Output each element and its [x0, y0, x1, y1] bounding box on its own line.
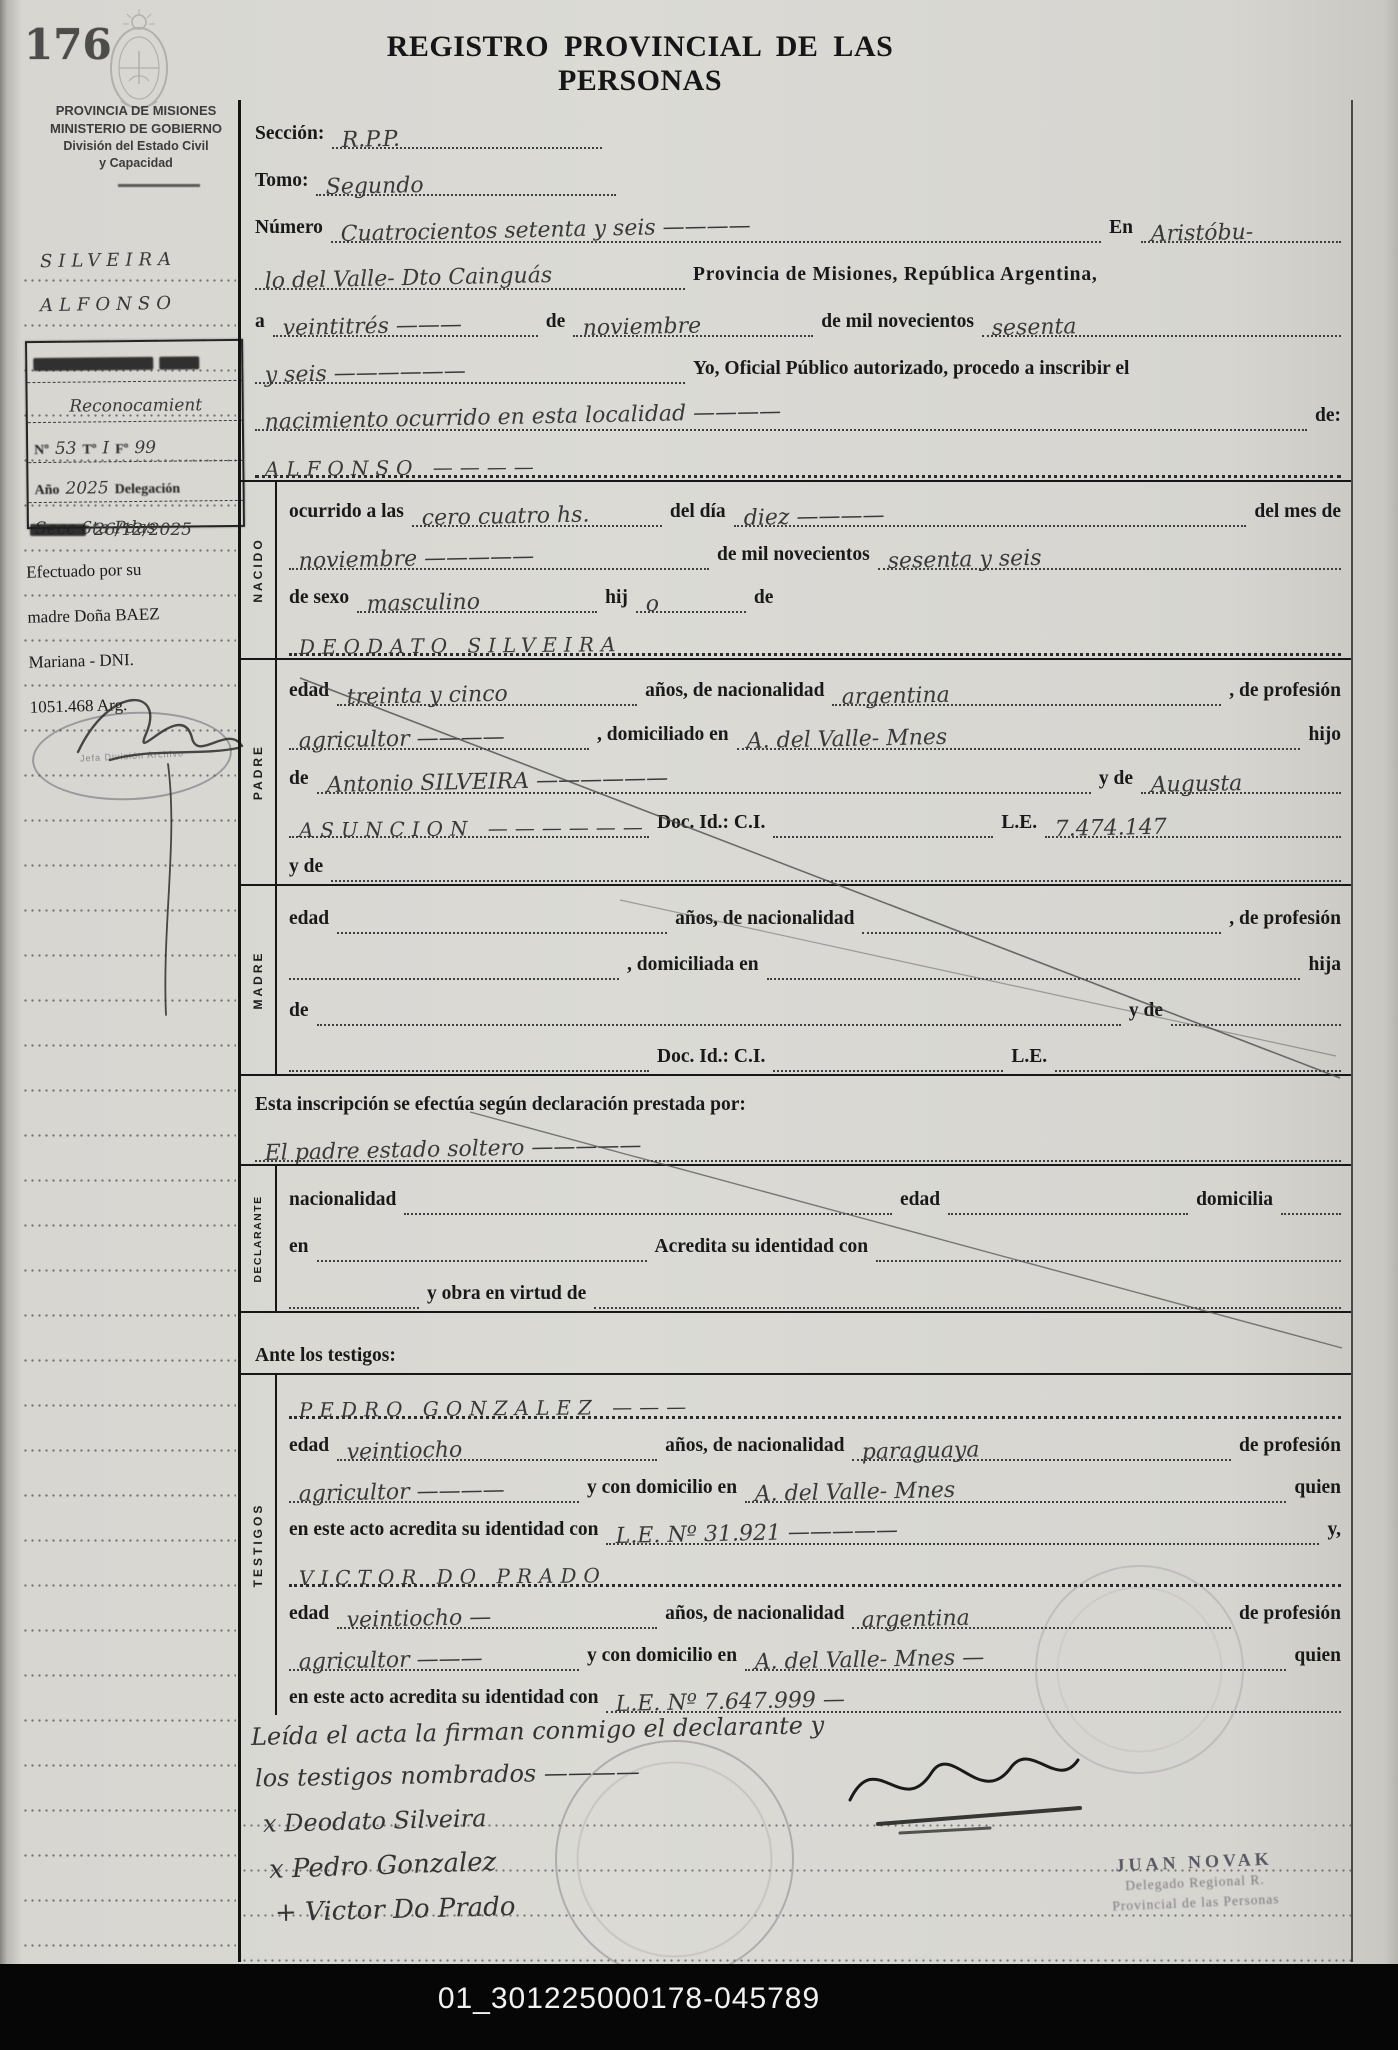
y-de-label: y de: [289, 857, 323, 883]
row-declarante-3: y obra en virtud de: [289, 1262, 1341, 1309]
madre-vertical-label: MADRE: [241, 886, 277, 1074]
firma-victor: + Victor Do Prado: [275, 1892, 516, 1928]
acredita-label: en este acto acredita su identidad con: [289, 1520, 598, 1546]
margin-givenname: ALFONSO: [40, 293, 177, 316]
stamp-row-smudged: [27, 341, 241, 383]
row-mes-anio: noviembre ————— de mil novecientos sesen…: [289, 527, 1341, 570]
le-label: L.E.: [1001, 813, 1037, 839]
row-declarante-1: nacionalidad edad domicilia: [289, 1168, 1341, 1215]
domiciliada-label: , domiciliada en: [627, 955, 759, 981]
de-label: de: [546, 312, 566, 338]
nacionalidad-label: años, de nacionalidad: [665, 1604, 844, 1630]
profesion-label: , de profesión: [1229, 681, 1341, 707]
edad-label: edad: [289, 1436, 329, 1462]
testigo1-dom-value: A. del Valle- Mnes: [755, 1478, 956, 1507]
dia-field: veintitrés ———: [273, 301, 538, 337]
anio-cont-field: y seis ——————: [255, 348, 685, 384]
stamp-date-row: 26/12/2025: [30, 520, 192, 540]
declarante-nac-field: [404, 1179, 892, 1215]
acredita-label: Acredita su identidad con: [655, 1237, 869, 1263]
section-testigos-intro: Ante los testigos:: [241, 1311, 1351, 1373]
nacionalidad-label: años, de nacionalidad: [665, 1436, 844, 1462]
madre-abuelo-field: [317, 990, 1121, 1026]
tomo-value: Segundo: [326, 173, 424, 200]
numero-field: Cuatrocientos setenta y seis ————: [331, 207, 1101, 243]
hecho-field: nacimiento ocurrido en esta localidad ——…: [255, 395, 1307, 431]
testigo2-prof-value: agricultor ———: [298, 1646, 482, 1675]
document-title: REGISTRO PROVINCIAL DE LAS PERSONAS: [300, 30, 980, 98]
seccion-field: R.P.P.: [332, 113, 602, 149]
ante-testigos-text: Ante los testigos:: [255, 1346, 396, 1372]
hora-value: cero cuatro hs.: [421, 502, 589, 531]
row-declarante-2: en Acredita su identidad con: [289, 1215, 1341, 1262]
abuela-value: Augusta: [1150, 771, 1242, 798]
tomo-label: Tº: [82, 442, 96, 458]
inscripto-nombre: ALFONSO ————: [265, 455, 541, 481]
madre-blank-field: [289, 1036, 649, 1072]
de2-label: de:: [1315, 406, 1341, 432]
mes-value: noviembre: [583, 314, 702, 341]
testigo2-nombre-value: VICTOR DO PRADO: [299, 1563, 607, 1590]
anio-cont-value: y seis ——————: [264, 359, 466, 388]
illegible-smudge: [30, 524, 86, 536]
nacionalidad-label: años, de nacionalidad: [645, 681, 824, 707]
anio-value: sesenta: [991, 314, 1076, 341]
row-padre-edad: edad treinta y cinco años, de nacionalid…: [289, 662, 1341, 706]
testigos-vertical-label: TESTIGOS: [241, 1375, 277, 1715]
y-de-label: y de: [1129, 1001, 1163, 1027]
madre-nac-field: [862, 898, 1221, 934]
padre-nac-value: argentina: [842, 683, 951, 710]
testigo1-edad-field: veintiocho: [337, 1425, 657, 1461]
margin-note-line: Mariana - DNI.: [28, 636, 161, 684]
stamp-date-value: 26/12/2025: [94, 520, 192, 540]
row-fecha: a veintitrés ——— de noviembre de mil nov…: [255, 290, 1341, 337]
row-anio-cont: y seis —————— Yo, Oficial Público autori…: [255, 337, 1341, 384]
tomo-label: Tomo:: [255, 171, 308, 197]
sexo-label: de sexo: [289, 588, 349, 614]
office-line: MINISTERIO DE GOBIERNO: [50, 120, 222, 138]
acredita-label: en este acto acredita su identidad con: [289, 1688, 598, 1714]
domiciliado-label: , domiciliado en: [597, 725, 729, 751]
anio-value: 2025: [65, 478, 108, 498]
row-madre-edad: edad años, de nacionalidad , de profesió…: [289, 888, 1341, 934]
row-padre-doc: ASUNCION —————— Doc. Id.: C.I. L.E. 7.47…: [289, 794, 1341, 838]
padre-prof-value: agricultor ————: [298, 725, 504, 754]
folio-label: Fº: [115, 442, 128, 458]
ocurrido-label: ocurrido a las: [289, 502, 404, 528]
registry-round-stamp: [555, 1740, 794, 1979]
madre-edad-field: [337, 898, 667, 934]
office-line: y Capacidad: [50, 155, 222, 172]
edad-label: edad: [289, 681, 329, 707]
declarante-virtud-field: [594, 1273, 1341, 1309]
testigo1-nombre-value: PEDRO GONZALEZ ———: [299, 1395, 693, 1422]
declarante-id-field: [876, 1226, 1341, 1262]
row-abuelos: de Antonio SILVEIRA —————— y de Augusta: [289, 750, 1341, 794]
tomo-field: Segundo: [316, 160, 616, 196]
quien-label: quien: [1294, 1478, 1341, 1504]
row-hecho: nacimiento ocurrido en esta localidad ——…: [255, 384, 1341, 431]
profesion-label: , de profesión: [1229, 909, 1341, 935]
row-madre-abuelos: de y de: [289, 980, 1341, 1026]
testigo1-dom-field: A. del Valle- Mnes: [745, 1467, 1286, 1503]
en-label: en: [289, 1237, 309, 1263]
padre-vertical-label: PADRE: [241, 660, 277, 884]
margin-surname: SILVEIRA: [40, 249, 177, 272]
section-declaracion: Esta inscripción se efectúa según declar…: [241, 1074, 1351, 1164]
hijo-label: hijo: [1308, 725, 1341, 751]
sexo-value: masculino: [367, 590, 481, 617]
de-label: de: [289, 769, 309, 795]
abuela2-value: ASUNCION ——————: [299, 815, 650, 842]
testigo2-edad-value: veintiocho —: [347, 1605, 492, 1633]
mil-novecientos-label: de mil novecientos: [821, 312, 974, 338]
lugar-field: Aristóbu-: [1141, 207, 1341, 243]
padre-edad-field: treinta y cinco: [337, 670, 637, 706]
row-testigo1-edad: edad veintiocho años, de nacionalidad pa…: [289, 1419, 1341, 1461]
no-label: Nº: [34, 443, 49, 459]
obra-label: y obra en virtud de: [427, 1284, 586, 1310]
scanned-birth-certificate: 176 REGISTRO PROVINCIAL DE LAS PERSONAS …: [0, 0, 1398, 2050]
provincia-text: Provincia de Misiones, República Argenti…: [693, 265, 1098, 291]
hora-field: cero cuatro hs.: [412, 491, 662, 527]
padre-prof-field: agricultor ————: [289, 714, 589, 750]
row-testigo1-dom: agricultor ———— y con domicilio en A. de…: [289, 1461, 1341, 1503]
row-numero: Número Cuatrocientos setenta y seis ————…: [255, 196, 1341, 243]
de-label: de: [289, 1001, 309, 1027]
dia-nac-field: diez ————: [734, 491, 1247, 527]
testigo1-nac-field: paraguaya: [852, 1425, 1231, 1461]
hija-label: hija: [1308, 955, 1341, 981]
domicilia-label: domicilia: [1196, 1190, 1273, 1216]
row-y-de: y de: [289, 838, 1341, 882]
section-encabezado: Sección: R.P.P. Tomo: Segundo Número: [241, 100, 1351, 480]
row-tomo: Tomo: Segundo: [255, 149, 1341, 196]
docid-label: Doc. Id.: C.I.: [657, 1047, 765, 1073]
stamp-row-reconocimiento: Reconocamient: [27, 381, 241, 423]
illegible-smudge: [33, 357, 153, 371]
folio-value: 99: [134, 438, 156, 458]
scan-code: 01_301225000178-045789: [0, 1982, 1398, 2016]
abuela-field: Augusta: [1141, 758, 1341, 794]
a-label: a: [255, 312, 265, 338]
nacionalidad-label: nacionalidad: [289, 1190, 396, 1216]
abuela2-field: ASUNCION ——————: [289, 802, 649, 838]
testigo2-prof-field: agricultor ———: [289, 1635, 579, 1671]
inscripto-field: ALFONSO ————: [255, 441, 1341, 478]
cierre-linea1: Leída el acta la firman conmigo el decla…: [251, 1711, 825, 1751]
profesion-label: de profesión: [1239, 1436, 1341, 1462]
declarante-edad-field: [948, 1179, 1188, 1215]
docid-label: Doc. Id.: C.I.: [657, 813, 765, 839]
edad-label: edad: [900, 1190, 940, 1216]
reconocimiento-handwritten: Reconocamient: [69, 395, 202, 416]
row-declaracion-titulo: Esta inscripción se efectúa según declar…: [255, 1078, 1341, 1120]
seccion-value: R.P.P.: [342, 127, 401, 153]
section-nacido: NACIDO ocurrido a las cero cuatro hs. de…: [241, 480, 1351, 658]
anio-nac-value: sesenta y seis: [887, 546, 1041, 574]
hij-label: hij: [605, 588, 628, 614]
office-line: PROVINCIA DE MISIONES: [50, 102, 222, 120]
numero-value: Cuatrocientos setenta y seis ————: [340, 213, 750, 247]
mes-field: noviembre: [573, 301, 813, 337]
row-seccion: Sección: R.P.P.: [255, 102, 1341, 149]
declarante-quien-value: El padre estado soltero —————: [264, 1133, 641, 1166]
dia-value: veintitrés ———: [282, 312, 462, 341]
lugar-value: Aristóbu-: [1150, 220, 1253, 247]
lugar-cont-field: lo del Valle- Dto Cainguás: [255, 254, 685, 290]
lugar-cont-value: lo del Valle- Dto Cainguás: [264, 263, 552, 294]
no-value: 53: [55, 439, 77, 459]
seccion-label: Sección:: [255, 124, 324, 150]
delegacion-label: Delegación: [115, 482, 180, 499]
row-lugar-cont: lo del Valle- Dto Cainguás Provincia de …: [255, 243, 1341, 290]
sexo-field: masculino: [357, 577, 597, 613]
row-testigos-intro: Ante los testigos:: [255, 1315, 1341, 1371]
scan-code-bar: 01_301225000178-045789: [0, 1964, 1398, 2050]
padre-nac-field: argentina: [832, 670, 1221, 706]
numero-label: Número: [255, 218, 323, 244]
testigo2-nac-value: argentina: [862, 1606, 971, 1633]
padre-dom-value: A. del Valle- Mnes: [746, 725, 947, 754]
official-signature: [840, 1738, 1090, 1848]
le-label: L.E.: [1011, 1047, 1047, 1073]
row-declaracion-hw: El padre estado soltero —————: [255, 1120, 1341, 1162]
section-declarante: DECLARANTE nacionalidad edad domicilia e…: [241, 1164, 1351, 1311]
office-line: División del Estado Civil: [50, 138, 222, 155]
del-dia-label: del día: [670, 502, 726, 528]
oficial-publico-text: Yo, Oficial Público autorizado, procedo …: [693, 359, 1129, 385]
madre-abuela-field: [1171, 990, 1341, 1026]
row-madre-dom: , domiciliada en hija: [289, 934, 1341, 980]
testigo1-prof-value: agricultor ————: [298, 1478, 504, 1507]
mes-nac-value: noviembre —————: [298, 544, 534, 574]
padre-le-field: 7.474.147: [1045, 802, 1341, 838]
registry-round-stamp-inner: [577, 1762, 772, 1957]
en-label: En: [1109, 218, 1133, 244]
testigo1-nac-value: paraguaya: [862, 1438, 980, 1465]
nacionalidad-label: años, de nacionalidad: [675, 909, 854, 935]
firma-deodato: x Deodato Silveira: [263, 1804, 487, 1838]
padre-ci-field: [773, 802, 993, 838]
madre-dom-field: [767, 944, 1301, 980]
testigo1-prof-field: agricultor ————: [289, 1467, 579, 1503]
hijo-field: o: [636, 577, 746, 613]
row-madre-doc: Doc. Id.: C.I. L.E.: [289, 1026, 1341, 1072]
stamp-row-anio: Año 2025 Delegación: [28, 461, 242, 503]
declarante-quien-field: El padre estado soltero —————: [255, 1126, 1341, 1162]
illegible-smudge: [159, 356, 199, 369]
margin-note-line: Efectuado por su: [26, 546, 159, 594]
section-padre: PADRE edad treinta y cinco años, de naci…: [241, 658, 1351, 884]
padre-dom-field: A. del Valle- Mnes: [737, 714, 1301, 750]
del-mes-label: del mes de: [1254, 502, 1341, 528]
domicilio-label: y con domicilio en: [587, 1646, 737, 1672]
row-hora-dia: ocurrido a las cero cuatro hs. del día d…: [289, 484, 1341, 527]
recognition-stamp-box: Reconocamient Nº 53 Tº I Fº 99 Año 2025 …: [25, 339, 245, 529]
declarante-blank-field: [289, 1273, 419, 1309]
faint-round-stamp-inner: [1057, 1587, 1222, 1752]
issuing-office-block: PROVINCIA DE MISIONES MINISTERIO DE GOBI…: [50, 102, 222, 172]
padre-edad-value: treinta y cinco: [347, 682, 509, 710]
abuelo-value: Antonio SILVEIRA ——————: [326, 766, 668, 798]
testigo1-doc-field: L.E. Nº 31.921 —————: [606, 1509, 1319, 1545]
declaracion-text: Esta inscripción se efectúa según declar…: [255, 1095, 746, 1121]
hecho-value: nacimiento ocurrido en esta localidad ——…: [264, 399, 781, 435]
madre-le-field: [1055, 1036, 1341, 1072]
row-sexo: de sexo masculino hij o de: [289, 570, 1341, 613]
empty-field: [331, 846, 1341, 882]
testigo1-nombre-field: PEDRO GONZALEZ ———: [289, 1382, 1341, 1419]
stamp-row-numbers: Nº 53 Tº I Fº 99: [28, 421, 242, 463]
archivist-signature: [70, 690, 260, 1020]
declarante-vertical-label: DECLARANTE: [241, 1166, 277, 1311]
domicilio-label: y con domicilio en: [587, 1478, 737, 1504]
declarante-en-field: [317, 1226, 647, 1262]
row-nombre-padre: DEODATO SILVEIRA: [289, 613, 1341, 656]
anio-nac-field: sesenta y seis: [878, 534, 1341, 570]
y-de-label: y de: [1099, 769, 1133, 795]
testigo2-edad-field: veintiocho —: [337, 1593, 657, 1629]
profesion-label: de profesión: [1239, 1604, 1341, 1630]
dia-nac-value: diez ————: [743, 503, 884, 531]
testigo1-doc-value: L.E. Nº 31.921 —————: [616, 1518, 899, 1549]
mes-nac-field: noviembre —————: [289, 534, 709, 570]
madre-ci-field: [773, 1036, 1003, 1072]
padre-le-value: 7.474.147: [1055, 815, 1167, 842]
declarante-dom-field: [1281, 1179, 1341, 1215]
abuelo-field: Antonio SILVEIRA ——————: [317, 758, 1091, 794]
quien-label: quien: [1294, 1646, 1341, 1672]
y-coma-label: y,: [1327, 1520, 1341, 1546]
madre-prof-field: [289, 944, 619, 980]
nombre-padre-field: DEODATO SILVEIRA: [289, 619, 1341, 656]
anio-field: sesenta: [982, 301, 1341, 337]
edad-label: edad: [289, 909, 329, 935]
nombre-padre-value: DEODATO SILVEIRA: [299, 632, 623, 659]
mil-novecientos-label: de mil novecientos: [717, 545, 870, 571]
de-label: de: [754, 588, 774, 614]
testigo1-edad-value: veintiocho: [347, 1438, 463, 1465]
row-testigo1-nombre: PEDRO GONZALEZ ———: [289, 1377, 1341, 1419]
row-inscripto: ALFONSO ————: [255, 431, 1341, 478]
anio-label: Año: [35, 483, 60, 499]
hijo-o: o: [645, 592, 659, 617]
section-madre: MADRE edad años, de nacionalidad , de pr…: [241, 884, 1351, 1074]
row-padre-prof: agricultor ———— , domiciliado en A. del …: [289, 706, 1341, 750]
row-testigo1-doc: en este acto acredita su identidad con L…: [289, 1503, 1341, 1545]
office-underline: [118, 184, 200, 187]
edad-label: edad: [289, 1604, 329, 1630]
tomo-value: I: [102, 438, 109, 458]
margin-note-line: madre Doña BAEZ: [27, 591, 160, 639]
testigo2-dom-value: A. del Valle- Mnes —: [755, 1645, 985, 1675]
nacido-vertical-label: NACIDO: [241, 482, 277, 658]
